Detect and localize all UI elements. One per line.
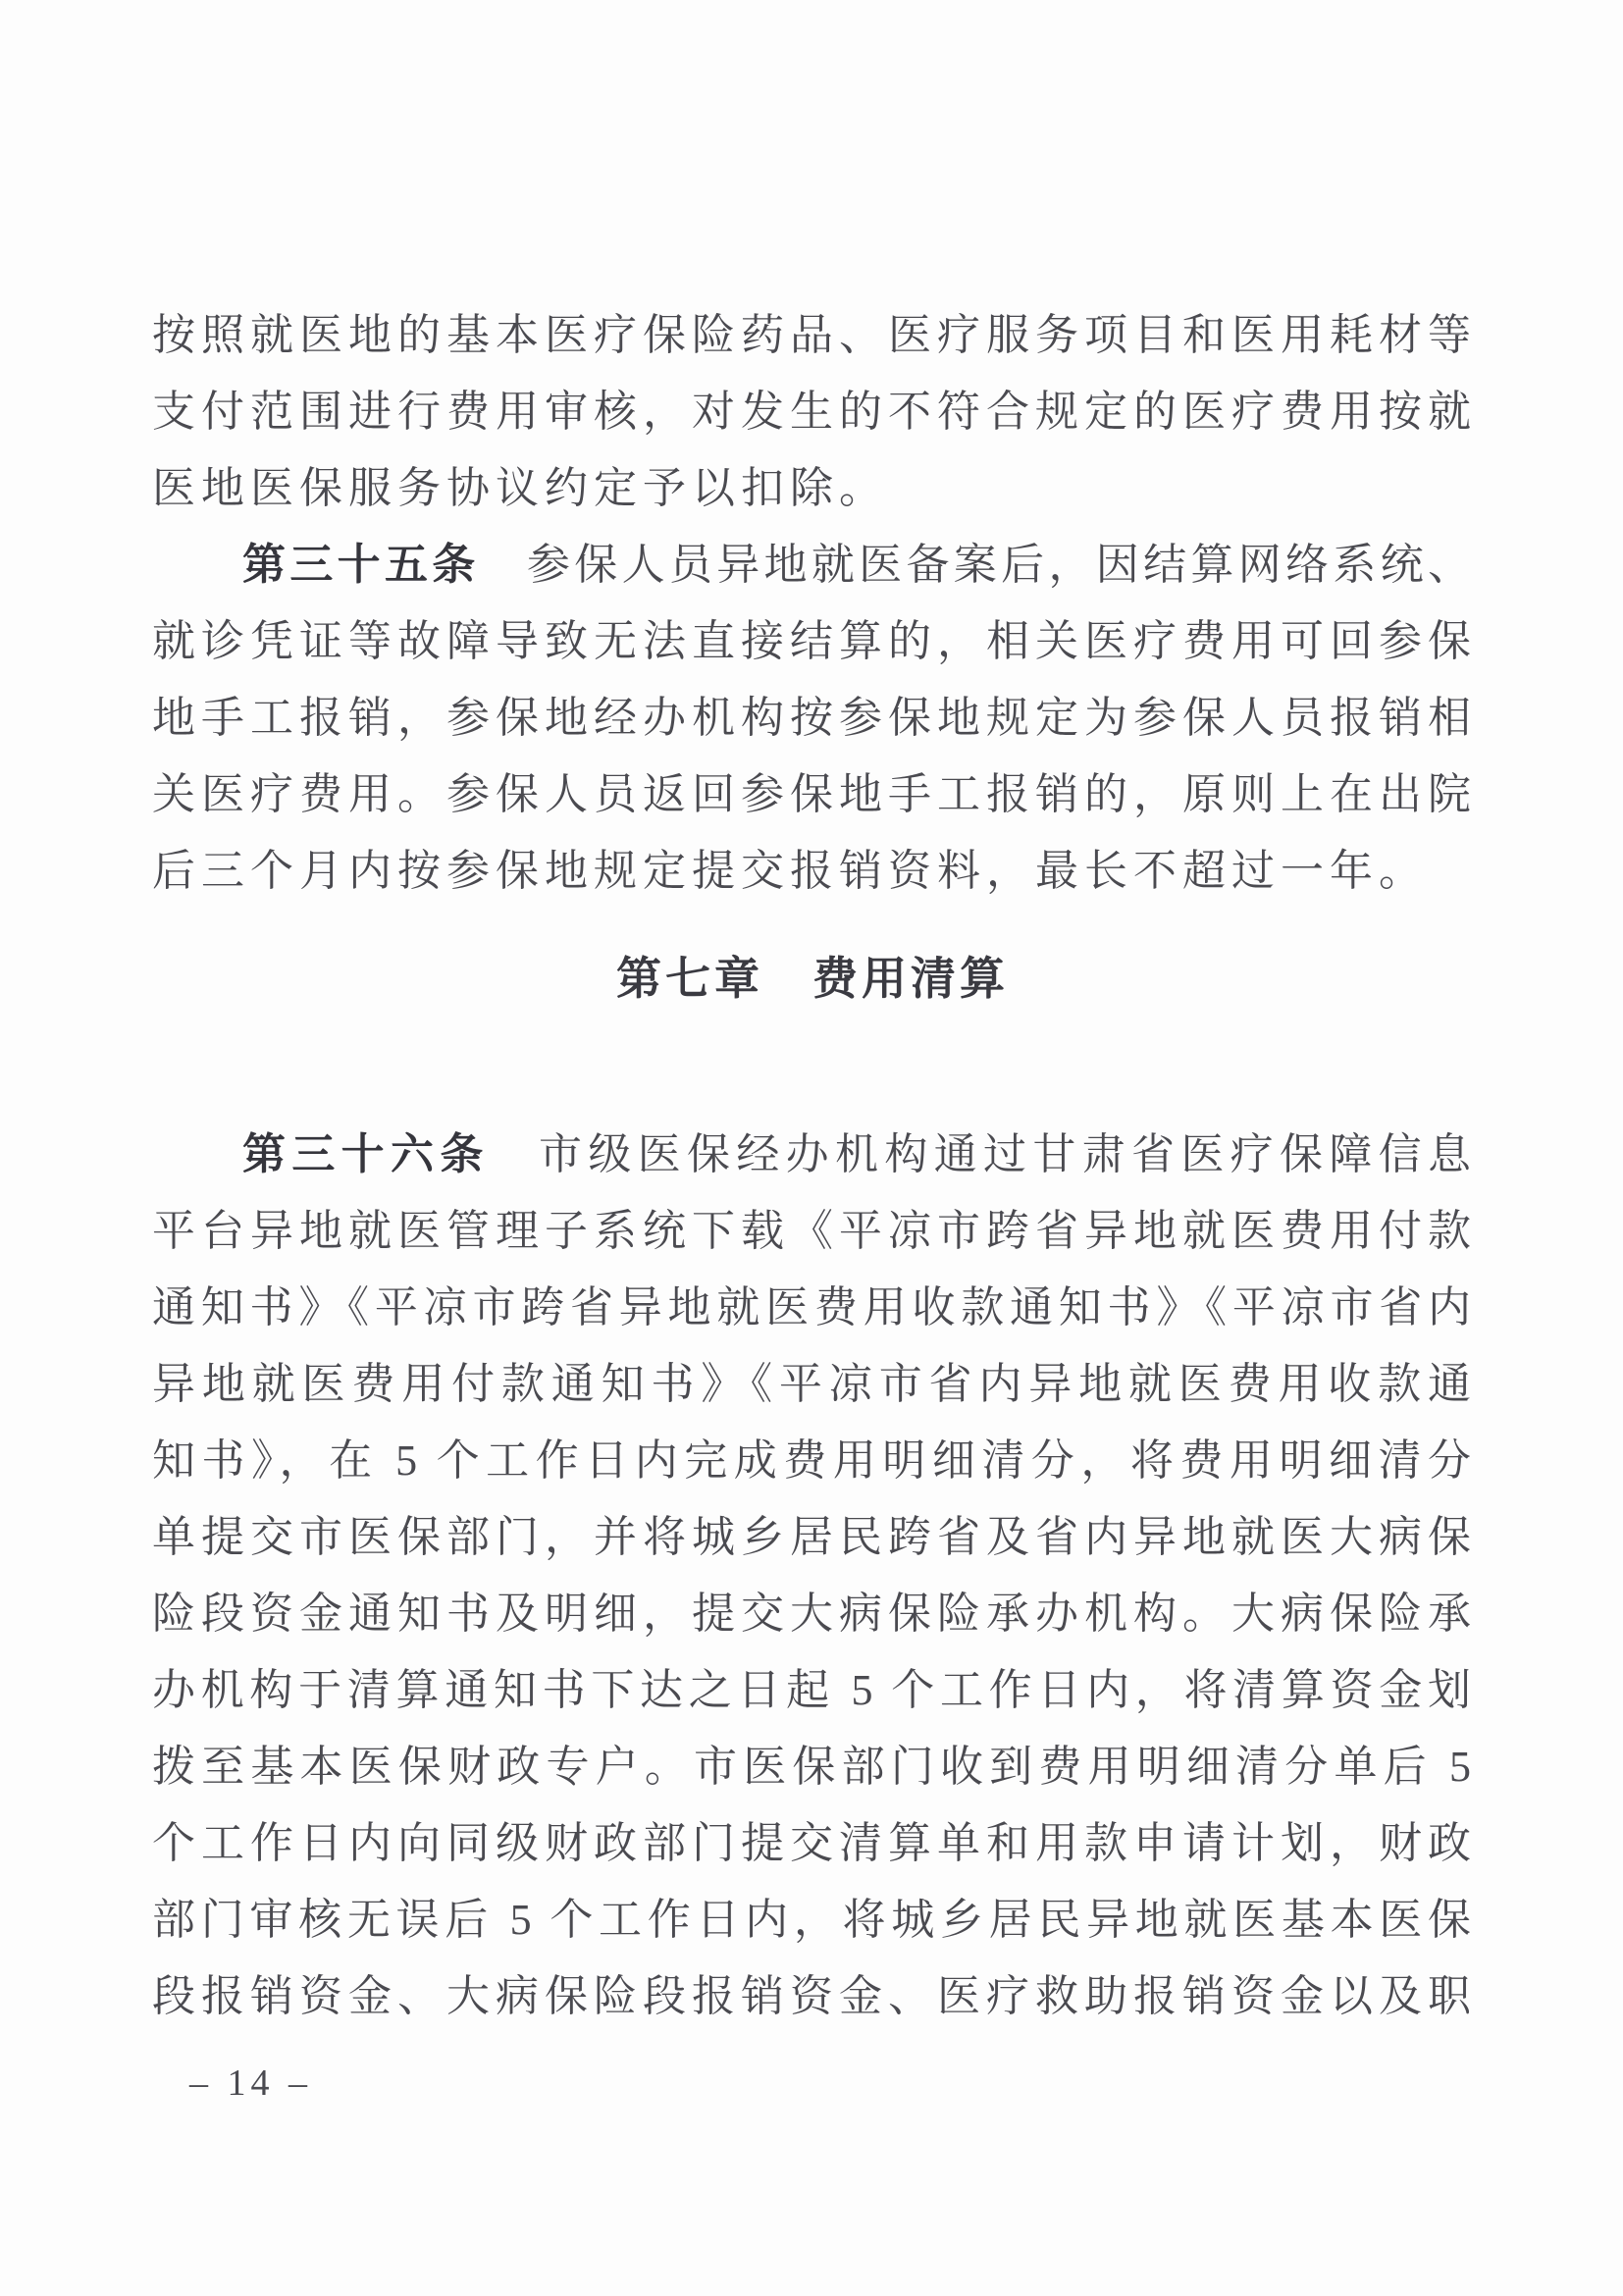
para-article-36: 第三十六条 市级医保经办机构通过甘肃省医疗保障信息平台异地就医管理子系统下载《平… — [152, 1117, 1473, 2035]
article-number: 第三十六条 — [242, 1130, 490, 1178]
text-line: 就诊凭证等故障导致无法直接结算的，相关医疗费用可回参保 — [152, 603, 1473, 680]
text-line: 支付范围进行费用审核，对发生的不符合规定的医疗费用按就 — [152, 374, 1473, 450]
text-line: 平台异地就医管理子系统下载《平凉市跨省异地就医费用付款 — [152, 1193, 1473, 1270]
text-line: 险段资金通知书及明细，提交大病保险承办机构。大病保险承 — [152, 1576, 1473, 1652]
article-number: 第三十五条 — [242, 541, 480, 589]
text-line: 医地医保服务协议约定予以扣除。 — [152, 450, 1473, 527]
document-body: 按照就医地的基本医疗保险药品、医疗服务项目和医用耗材等支付范围进行费用审核，对发… — [152, 297, 1473, 2035]
text-line: 按照就医地的基本医疗保险药品、医疗服务项目和医用耗材等 — [152, 297, 1473, 374]
text-line: 单提交市医保部门，并将城乡居民跨省及省内异地就医大病保 — [152, 1499, 1473, 1576]
text-line: 办机构于清算通知书下达之日起 5 个工作日内，将清算资金划 — [152, 1652, 1473, 1729]
text-line: 部门审核无误后 5 个工作日内，将城乡居民异地就医基本医保 — [152, 1882, 1473, 1958]
text-line: 地手工报销，参保地经办机构按参保地规定为参保人员报销相 — [152, 680, 1473, 757]
para-payment-review-continuation: 按照就医地的基本医疗保险药品、医疗服务项目和医用耗材等支付范围进行费用审核，对发… — [152, 297, 1473, 527]
document-page: 按照就医地的基本医疗保险药品、医疗服务项目和医用耗材等支付范围进行费用审核，对发… — [0, 0, 1623, 2296]
page-number: – 14 – — [189, 2061, 312, 2106]
text-line: 个工作日内向同级财政部门提交清算单和用款申请计划，财政 — [152, 1805, 1473, 1882]
text-line: 第三十六条 市级医保经办机构通过甘肃省医疗保障信息 — [152, 1117, 1473, 1193]
para-article-35: 第三十五条 参保人员异地就医备案后，因结算网络系统、就诊凭证等故障导致无法直接结… — [152, 527, 1473, 910]
text-line: 关医疗费用。参保人员返回参保地手工报销的，原则上在出院 — [152, 757, 1473, 833]
text-line: 段报销资金、大病保险段报销资金、医疗救助报销资金以及职 — [152, 1958, 1473, 2035]
text-line: 知书》，在 5 个工作日内完成费用明细清分，将费用明细清分 — [152, 1423, 1473, 1499]
text-line: 第三十五条 参保人员异地就医备案后，因结算网络系统、 — [152, 527, 1473, 603]
text-line: 通知书》《平凉市跨省异地就医费用收款通知书》《平凉市省内 — [152, 1270, 1473, 1346]
text-line: 后三个月内按参保地规定提交报销资料，最长不超过一年。 — [152, 833, 1473, 910]
text-line: 拨至基本医保财政专户。市医保部门收到费用明细清分单后 5 — [152, 1729, 1473, 1805]
text-line: 异地就医费用付款通知书》《平凉市省内异地就医费用收款通 — [152, 1346, 1473, 1423]
chapter-7-heading: 第七章 费用清算 — [152, 941, 1473, 1018]
